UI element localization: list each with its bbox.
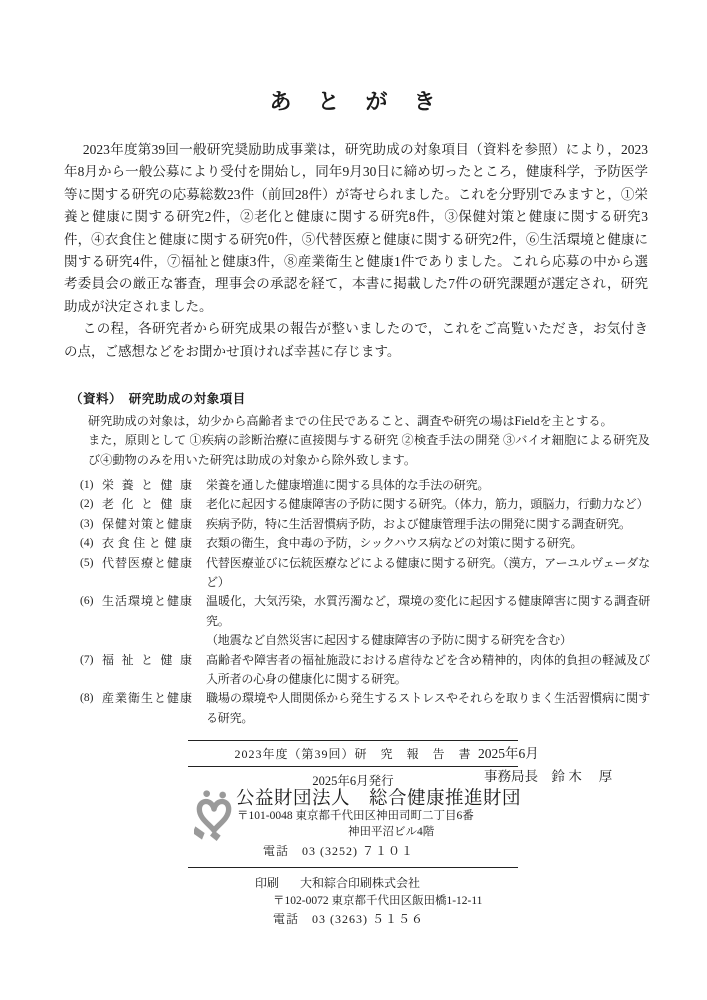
list-item-description: 老化に起因する健康障害の予防に関する研究。（体力，筋力，頭脳力，行動力など） <box>206 497 648 511</box>
printer-section: 印刷 大和綜合印刷株式会社 〒102-0072 東京都千代田区飯田橋1-12-1… <box>188 867 518 937</box>
resource-intro: また，原則として ①疾病の診断治療に直接関与する研究 ②検査手法の開発 ③バイオ… <box>88 431 650 469</box>
list-item: (1) 栄養と健康 栄養を通した健康増進に関する具体的な手法の研究。 <box>80 476 650 495</box>
organization-name: 公益財団法人 総合健康推進財団 <box>236 791 518 807</box>
list-item-label: 代替医療と健康 <box>102 554 192 573</box>
list-item-description: 栄養を通した健康増進に関する具体的な手法の研究。 <box>206 478 489 492</box>
printer-name: 大和綜合印刷株式会社 <box>300 875 420 891</box>
list-item-description: 代替医療並びに伝統医療などによる健康に関する研究。（漢方，アーユルヴェーダなど） <box>206 556 650 589</box>
report-title: 2023年度（第39回）研 究 報 告 書 <box>188 740 518 767</box>
list-item-number: (4) <box>80 534 102 553</box>
printer-label: 印刷 <box>255 875 300 891</box>
organization-address: 〒101-0048 東京都千代田区神田司町二丁目6番 <box>237 809 518 824</box>
resource-section: （資料） 研究助成の対象項目 研究助成の対象は，幼少から高齢者までの住民であるこ… <box>64 390 650 728</box>
list-item-label: 産業衛生と健康 <box>102 689 192 708</box>
page-title: あ と が き <box>0 0 707 116</box>
list-item-label: 衣食住と健康 <box>102 534 192 553</box>
colophon: 2023年度（第39回）研 究 報 告 書 2025年6月発行 公益財団法人 総… <box>188 740 518 937</box>
organization-phone: 電話 03 (3252) ７１０１ <box>263 843 518 859</box>
resource-intro: 研究助成の対象は，幼少から高齢者までの住民であること、調査や研究の場はField… <box>88 412 650 431</box>
issue-date: 2025年6月発行 <box>188 773 518 789</box>
list-item-description: 疾病予防，特に生活習慣病予防，および健康管理手法の開発に関する調査研究。 <box>206 517 631 531</box>
list-item-description: 衣類の衛生，食中毒の予防，シックハウス病などの対策に関する研究。 <box>206 536 582 550</box>
list-item-note: （地震など自然災害に起因する健康障害の予防に関する研究を含む） <box>206 631 650 650</box>
list-item: (7) 福祉と健康 高齢者や障害者の福祉施設における虐待などを含め精神的，肉体的… <box>80 651 650 690</box>
afterword-paragraph: 2023年度第39回一般研究奨励助成事業は，研究助成の対象項目（資料を参照）によ… <box>64 139 648 318</box>
list-item-number: (6) <box>80 592 102 611</box>
list-item-number: (2) <box>80 495 102 514</box>
printer-phone: 電話 03 (3263) ５１５６ <box>273 911 518 927</box>
list-item-label: 生活環境と健康 <box>102 592 192 611</box>
resource-heading: （資料） 研究助成の対象項目 <box>70 390 650 409</box>
document-page: あ と が き 2023年度第39回一般研究奨励助成事業は，研究助成の対象項目（… <box>0 0 707 1000</box>
list-item-label: 栄養と健康 <box>102 476 192 495</box>
list-item: (8) 産業衛生と健康 職場の環境や人間関係から発生するストレスやそれらを取りま… <box>80 689 650 728</box>
list-item-number: (8) <box>80 689 102 708</box>
list-item-number: (7) <box>80 651 102 670</box>
list-item: (4) 衣食住と健康 衣類の衛生，食中毒の予防，シックハウス病などの対策に関する… <box>80 534 650 553</box>
list-item-description: 職場の環境や人間関係から発生するストレスやそれらを取りまく生活習慣病に関する研究… <box>206 691 650 724</box>
list-item: (6) 生活環境と健康 温暖化，大気汚染，水質汚濁など，環境の変化に起因する健康… <box>80 592 650 650</box>
list-item: (5) 代替医療と健康 代替医療並びに伝統医療などによる健康に関する研究。（漢方… <box>80 554 650 593</box>
ribbon-heart-logo <box>194 789 234 841</box>
organization-address-building: 神田平沼ビル4階 <box>348 825 518 840</box>
list-item-label: 保健対策と健康 <box>102 515 192 534</box>
printer-address: 〒102-0072 東京都千代田区飯田橋1-12-11 <box>273 893 518 909</box>
list-item-description: 温暖化，大気汚染，水質汚濁など，環境の変化に起因する健康障害に関する調査研究。 <box>206 594 650 627</box>
afterword-paragraph: この程，各研究者から研究成果の報告が整いましたので，これをご高覧いただき，お気付… <box>64 318 648 363</box>
list-item: (3) 保健対策と健康 疾病予防，特に生活習慣病予防，および健康管理手法の開発に… <box>80 515 650 534</box>
list-item: (2) 老化と健康 老化に起因する健康障害の予防に関する研究。（体力，筋力，頭脳… <box>80 495 650 514</box>
list-item-number: (1) <box>80 476 102 495</box>
list-item-description: 高齢者や障害者の福祉施設における虐待などを含め精神的，肉体的負担の軽減及び入所者… <box>206 653 650 686</box>
afterword-body: 2023年度第39回一般研究奨励助成事業は，研究助成の対象項目（資料を参照）によ… <box>64 139 648 363</box>
grant-category-list: (1) 栄養と健康 栄養を通した健康増進に関する具体的な手法の研究。 (2) 老… <box>80 476 650 728</box>
list-item-number: (3) <box>80 515 102 534</box>
list-item-number: (5) <box>80 554 102 573</box>
list-item-label: 老化と健康 <box>102 495 192 514</box>
list-item-label: 福祉と健康 <box>102 651 192 670</box>
